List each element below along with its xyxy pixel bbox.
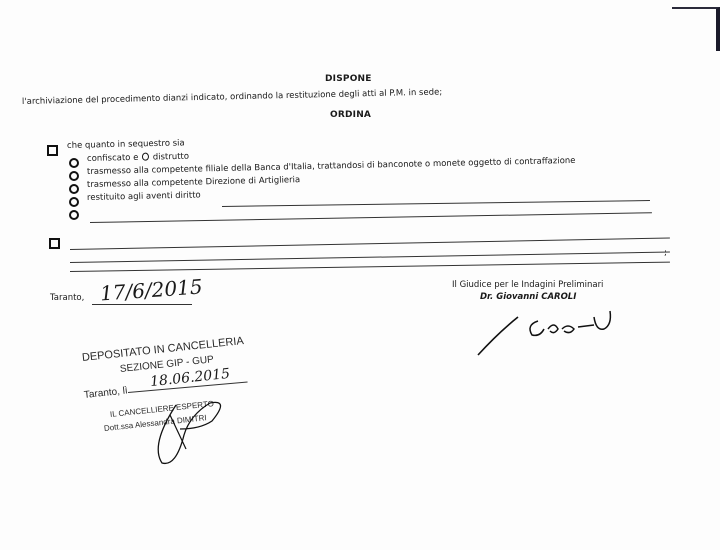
radio-banca-italia[interactable]	[69, 171, 79, 181]
heading-ordina: ORDINA	[330, 110, 371, 120]
option-confiscato: confiscato e distrutto	[87, 152, 189, 164]
radio-distrutto[interactable]	[142, 153, 149, 161]
place-label: Taranto,	[50, 293, 84, 303]
judge-title: Il Giudice per le Indagini Preliminari	[452, 280, 603, 290]
option-restituito-label: restituito agli aventi diritto	[87, 190, 201, 203]
radio-confiscato[interactable]	[69, 158, 79, 168]
heading-dispone: DISPONE	[325, 74, 372, 84]
radio-other[interactable]	[69, 210, 79, 220]
radio-restituito[interactable]	[69, 197, 79, 207]
blank-line-restituito	[222, 200, 650, 207]
option-confiscato-label: confiscato e	[87, 153, 139, 164]
archiviazione-text: l'archiviazione del procedimento dianzi …	[22, 87, 442, 107]
blank-line-3	[70, 262, 670, 272]
blank-line-1	[70, 237, 670, 250]
clerk-signature-icon	[140, 395, 240, 475]
radio-artiglieria[interactable]	[69, 184, 79, 194]
blank-line-2	[70, 252, 670, 263]
stamp-place-label: Taranto, lì	[83, 385, 128, 401]
blank-line-other	[90, 212, 652, 223]
blank-line-terminator: ;	[664, 248, 667, 258]
judge-name: Dr. Giovanni CAROLI	[480, 292, 576, 302]
option-distrutto-label: distrutto	[153, 152, 189, 163]
checkbox-other[interactable]	[49, 238, 60, 249]
judge-signature-icon	[470, 305, 640, 365]
page-corner-mark	[672, 7, 720, 51]
checkbox-sequestro[interactable]	[47, 145, 58, 156]
checkbox-sequestro-label: che quanto in sequestro sia	[67, 138, 185, 151]
handwritten-date: 17/6/2015	[99, 274, 203, 305]
option-artiglieria-label: trasmesso alla competente Direzione di A…	[87, 175, 300, 190]
